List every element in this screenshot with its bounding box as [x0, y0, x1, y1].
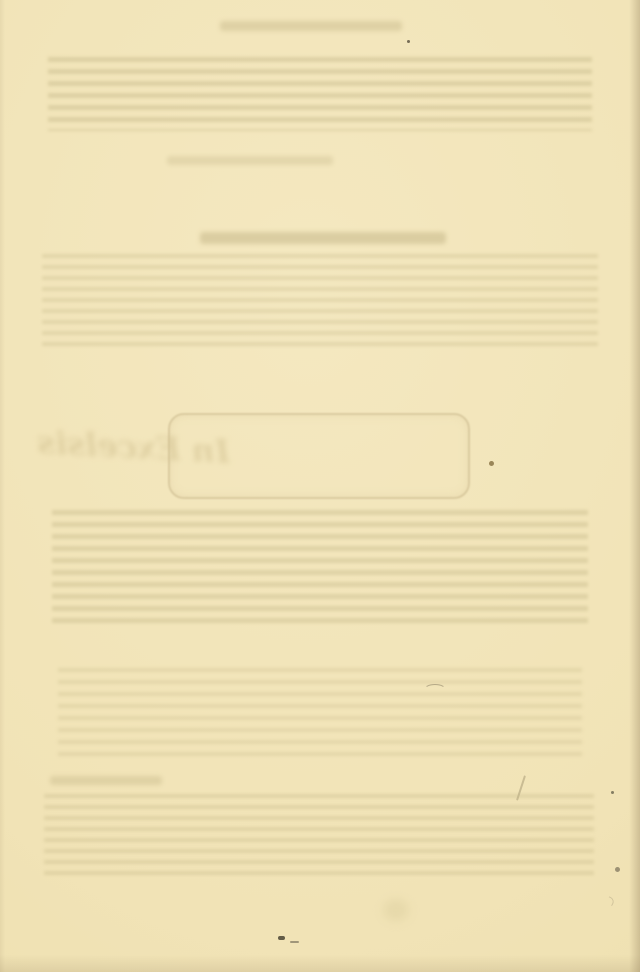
- ghost-paragraph-1: [48, 57, 592, 131]
- ghost-paragraph-2: [42, 254, 598, 346]
- ghost-caption: [167, 156, 333, 165]
- top-ink-speck: [407, 40, 410, 43]
- ghost-paragraph-4: [58, 668, 582, 762]
- pencil-arc-mark: [424, 684, 446, 695]
- tiny-speck-right: [611, 791, 614, 794]
- scratch-mark: [516, 775, 526, 800]
- ghost-heading-main: [200, 232, 446, 244]
- ghost-script-title: In Excelsis: [197, 433, 231, 467]
- ghost-heading-top: [220, 21, 402, 31]
- scanned-page: In Excelsis: [0, 0, 640, 972]
- ink-dot-right-middle: [489, 461, 494, 466]
- ghost-paragraph-5: [44, 794, 594, 878]
- paper-stain-bottom: [383, 899, 409, 921]
- hairline-curve: [584, 893, 615, 916]
- ghost-title-box: [168, 413, 470, 499]
- ink-speck-bottom: [278, 936, 285, 940]
- ghost-paragraph-3: [52, 510, 588, 630]
- ink-dash-bottom: [290, 941, 299, 943]
- gray-dot-right: [615, 867, 620, 872]
- ghost-heading-left: [50, 776, 162, 785]
